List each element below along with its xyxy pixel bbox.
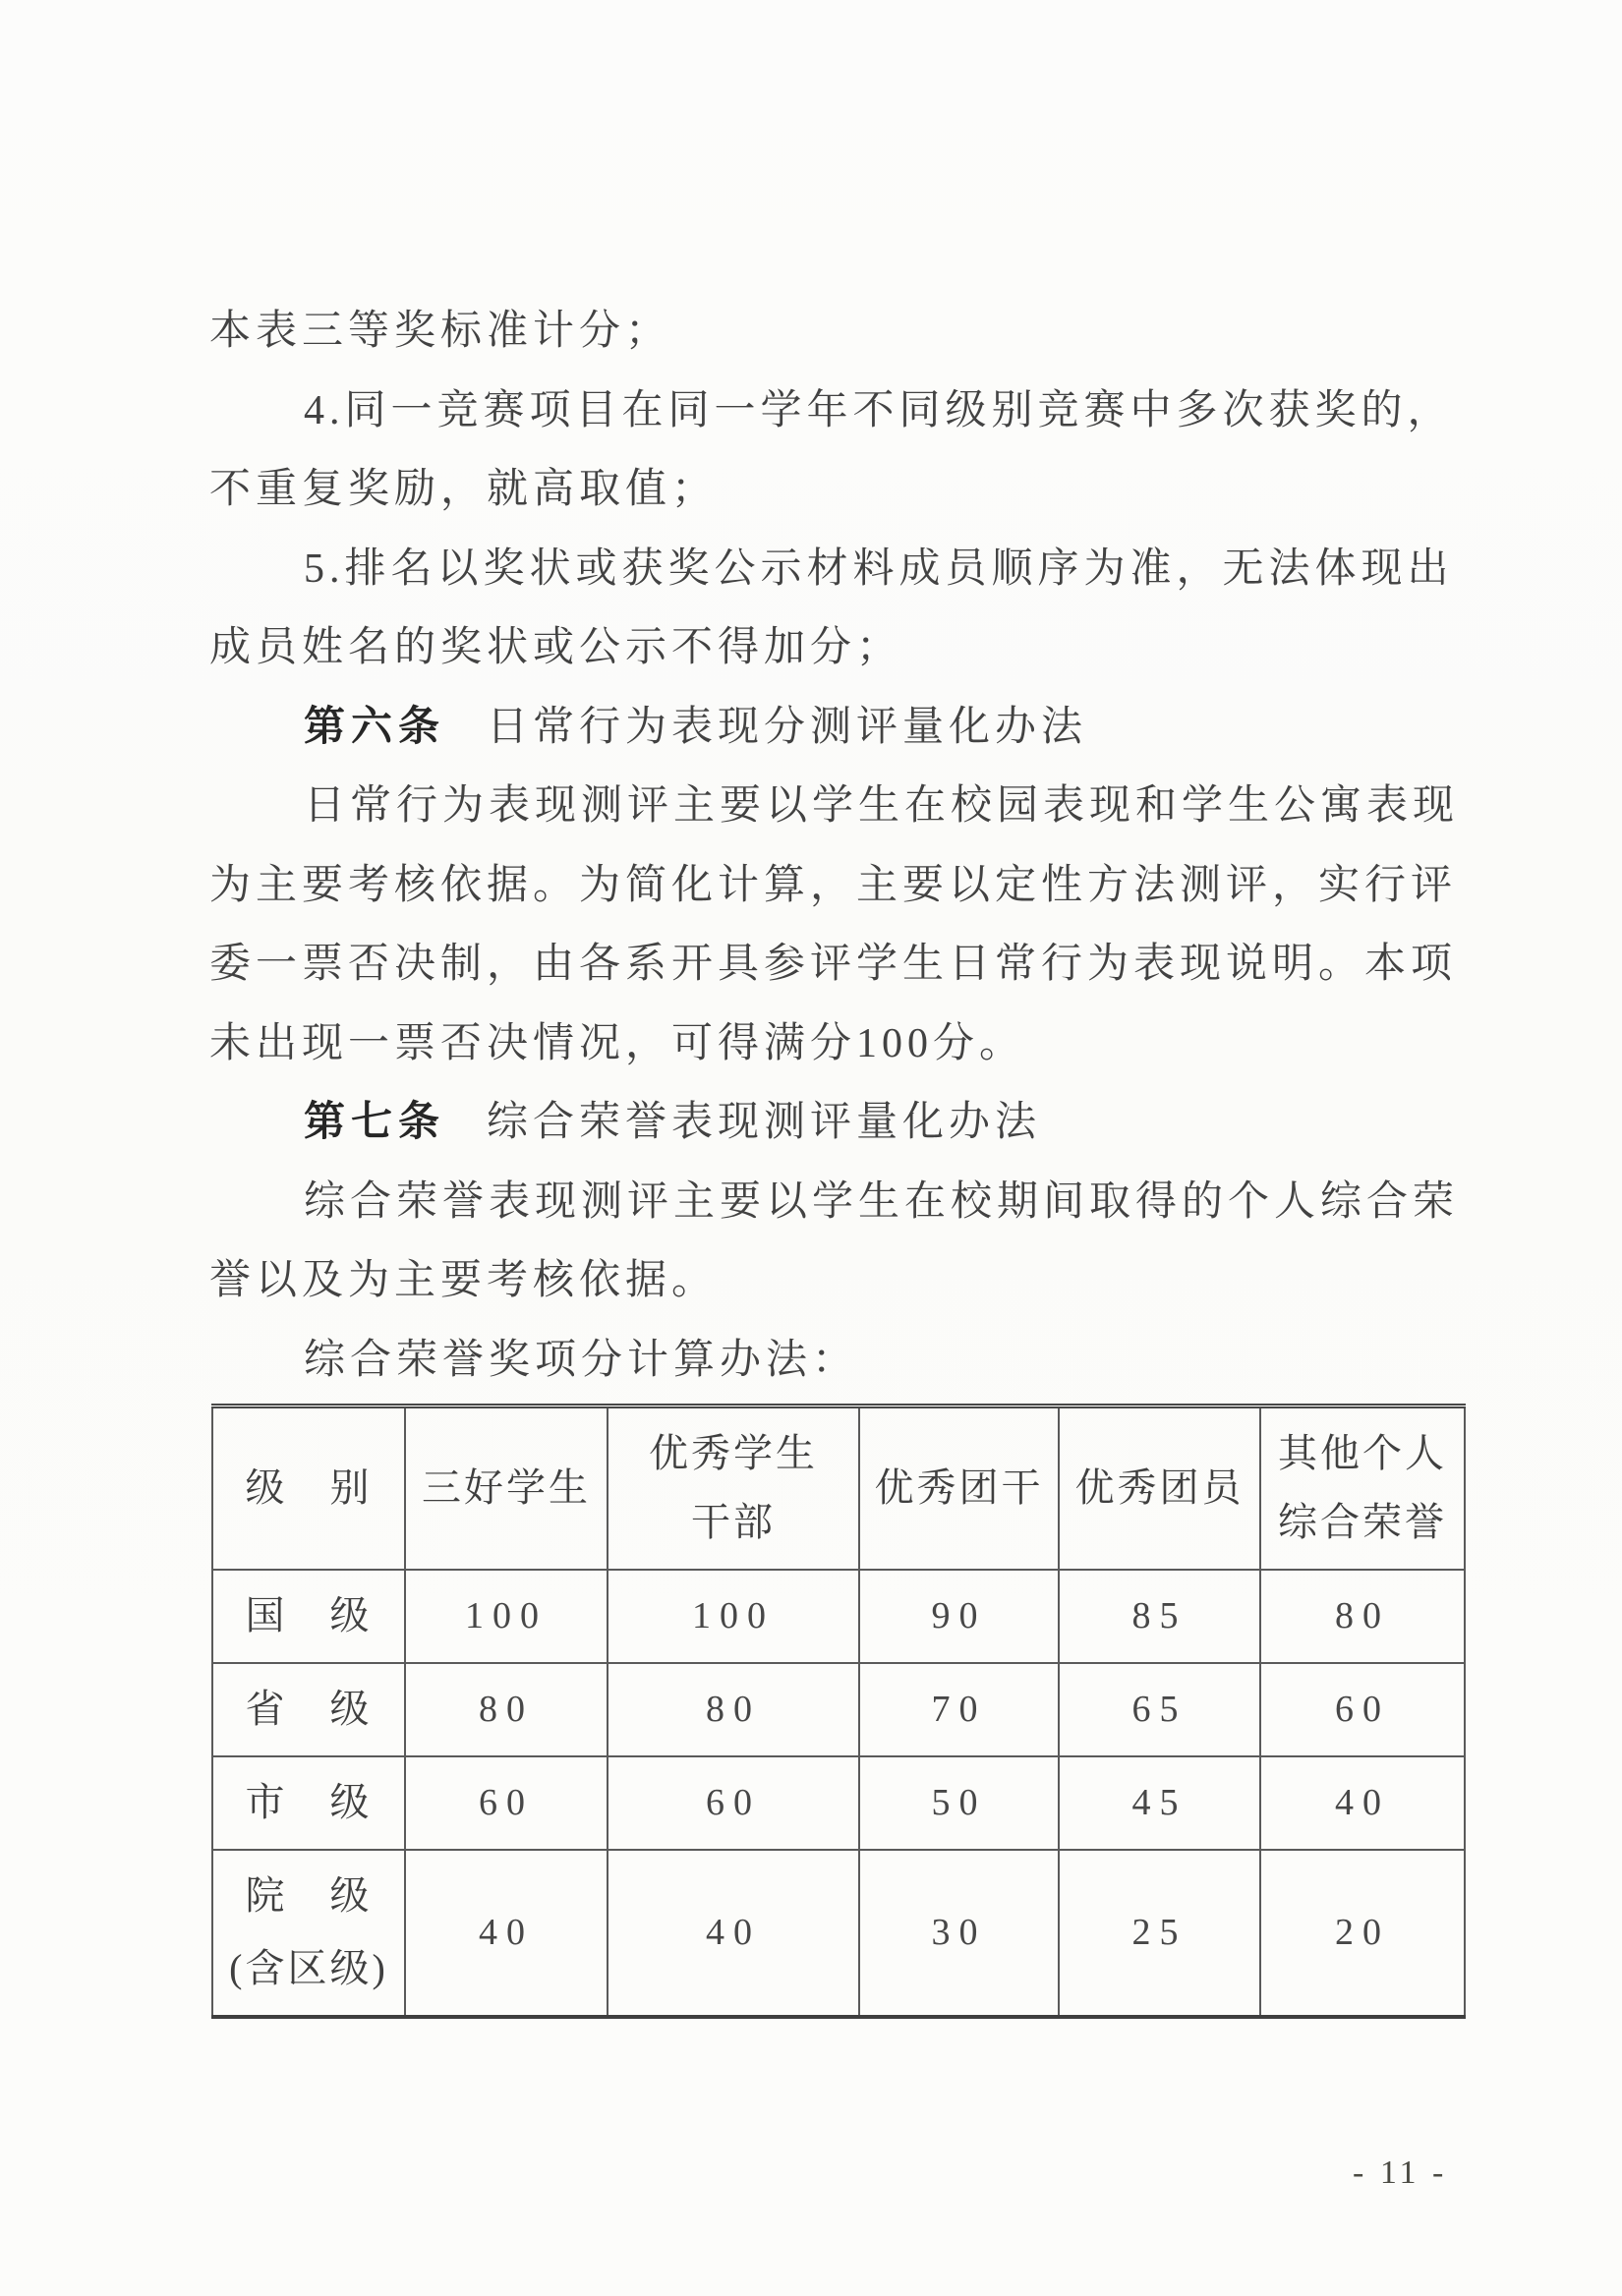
row-label: 省 级 <box>212 1663 405 1756</box>
score-cell: 90 <box>859 1570 1059 1663</box>
text-line: 4.同一竞赛项目在同一学年不同级别竞赛中多次获奖的， <box>209 370 1577 452</box>
score-cell: 25 <box>1059 1850 1260 2017</box>
clause-heading: 第七条综合荣誉表现测评量化办法 <box>209 1081 1577 1164</box>
score-cell: 100 <box>608 1570 859 1663</box>
text-line: 成员姓名的奖状或公示不得加分； <box>209 606 1482 689</box>
col-header-ganbu: 优秀学生 干部 <box>608 1406 859 1570</box>
score-cell: 40 <box>1260 1756 1465 1850</box>
page-number: - 11 - <box>1353 2154 1447 2192</box>
score-cell: 50 <box>859 1756 1059 1850</box>
clause-title: 综合荣誉表现测评量化办法 <box>487 1100 1041 1145</box>
score-cell: 60 <box>405 1756 608 1850</box>
clause-number: 第七条 <box>304 1100 445 1145</box>
text-line: 日常行为表现测评主要以学生在校园表现和学生公寓表现 <box>209 765 1577 847</box>
score-cell: 85 <box>1059 1570 1260 1663</box>
col-header-level: 级 别 <box>212 1406 405 1570</box>
text-line: 综合荣誉奖项分计算办法： <box>209 1319 1577 1402</box>
score-cell: 80 <box>608 1663 859 1756</box>
row-label: 国 级 <box>212 1570 405 1663</box>
score-cell: 100 <box>405 1570 608 1663</box>
col-header-sanhao: 三好学生 <box>405 1406 608 1570</box>
text-line: 5.排名以奖状或获奖公示材料成员顺序为准，无法体现出 <box>209 528 1577 610</box>
score-cell: 30 <box>859 1850 1059 2017</box>
score-cell: 80 <box>405 1663 608 1756</box>
score-cell: 40 <box>608 1850 859 2017</box>
table-row: 省 级 80 80 70 65 60 <box>212 1663 1465 1756</box>
text-line: 综合荣誉表现测评主要以学生在校期间取得的个人综合荣 <box>209 1161 1577 1243</box>
text-line: 委一票否决制，由各系开具参评学生日常行为表现说明。本项 <box>209 923 1482 1005</box>
score-cell: 60 <box>1260 1663 1465 1756</box>
table-row: 院 级 (含区级) 40 40 30 25 20 <box>212 1850 1465 2017</box>
text-line: 本表三等奖标准计分； <box>209 290 1482 373</box>
score-cell: 20 <box>1260 1850 1465 2017</box>
row-label: 院 级 (含区级) <box>212 1850 405 2017</box>
text-line: 未出现一票否决情况，可得满分100分。 <box>209 1003 1482 1085</box>
text-line: 誉以及为主要考核依据。 <box>209 1239 1482 1322</box>
table-row: 国 级 100 100 90 85 80 <box>212 1570 1465 1663</box>
honor-score-table: 级 别 三好学生 优秀学生 干部 优秀团干 优秀团员 其他个人 综合荣誉 国 级… <box>211 1404 1466 2019</box>
clause-number: 第六条 <box>304 705 445 750</box>
score-cell: 70 <box>859 1663 1059 1756</box>
clause-title: 日常行为表现分测评量化办法 <box>487 705 1087 750</box>
score-cell: 80 <box>1260 1570 1465 1663</box>
text-line: 为主要考核依据。为简化计算，主要以定性方法测评，实行评 <box>209 844 1482 927</box>
col-header-tuangan: 优秀团干 <box>859 1406 1059 1570</box>
row-label: 市 级 <box>212 1756 405 1850</box>
table-header-row: 级 别 三好学生 优秀学生 干部 优秀团干 优秀团员 其他个人 综合荣誉 <box>212 1406 1465 1570</box>
col-header-tuanyuan: 优秀团员 <box>1059 1406 1260 1570</box>
document-page: 本表三等奖标准计分； 4.同一竞赛项目在同一学年不同级别竞赛中多次获奖的， 不重… <box>0 0 1622 2296</box>
score-cell: 45 <box>1059 1756 1260 1850</box>
score-cell: 40 <box>405 1850 608 2017</box>
col-header-other: 其他个人 综合荣誉 <box>1260 1406 1465 1570</box>
text-line: 不重复奖励，就高取值； <box>209 448 1482 531</box>
table-row: 市 级 60 60 50 45 40 <box>212 1756 1465 1850</box>
score-cell: 65 <box>1059 1663 1260 1756</box>
score-cell: 60 <box>608 1756 859 1850</box>
clause-heading: 第六条日常行为表现分测评量化办法 <box>209 686 1577 769</box>
